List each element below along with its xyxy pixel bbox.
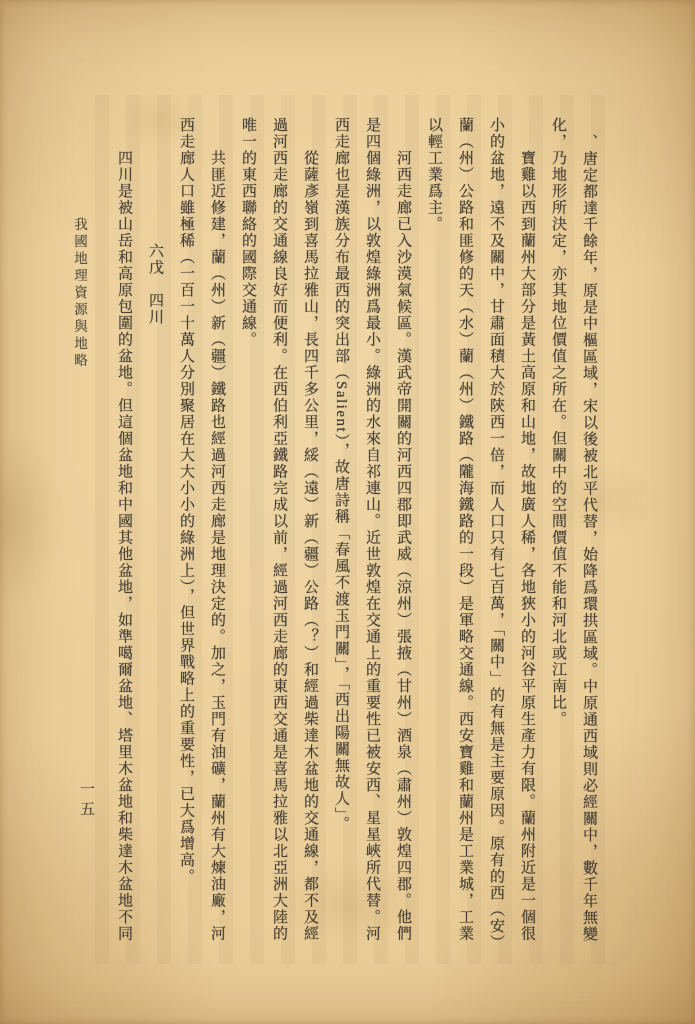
book-page: 、唐定都達千餘年，原是中樞區域，宋以後被北平代替，始降爲環拱區域。中原通西域則必… xyxy=(0,0,695,1024)
body-text: 、唐定都達千餘年，原是中樞區域，宋以後被北平代替，始降爲環拱區域。中原通西域則必… xyxy=(104,117,604,955)
paragraph: 從薩彥嶺到喜馬拉雅山，長四千多公里，綏（遠）新（疆）公路（？）和經過柴達木盆地的… xyxy=(232,117,325,955)
section-heading: 六戊 四川 xyxy=(139,117,170,955)
page-number: 一五 xyxy=(76,781,97,821)
paragraph: 寶雞以西到蘭州大部分是黃土高原和山地，故地廣人稀，各地狹小的河谷平原生產力有限。… xyxy=(418,117,542,955)
paragraph: 、唐定都達千餘年，原是中樞區域，宋以後被北平代替，始降爲環拱區域。中原通西域則必… xyxy=(542,117,604,955)
paragraph: 河西走廊已入沙漠氣候區。漢武帝開關的河西四郡即武威（涼州）張掖（甘州）酒泉（肅州… xyxy=(325,117,418,955)
paragraph: 共匪近修建，蘭（州）新（疆）鐵路也經過河西走廊是地理決定的。加之，玉門有油礦，蘭… xyxy=(170,117,232,955)
margin-title: 我國地理資源與地略 xyxy=(69,217,89,370)
paragraph: 四川是被山岳和高原包圍的盆地。但這個盆地和中國其他盆地，如準噶爾盆地、塔里木盆地… xyxy=(108,117,139,955)
